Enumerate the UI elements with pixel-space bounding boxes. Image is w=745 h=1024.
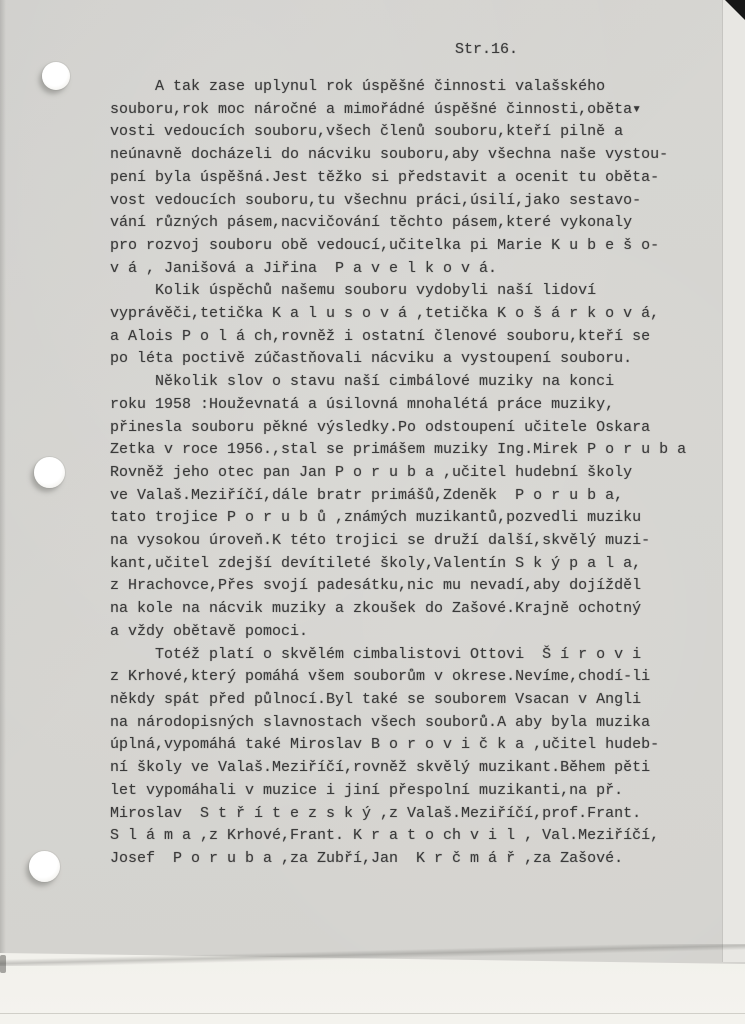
text-line: Kolik úspěchů našemu souboru vydobyli na… (110, 280, 710, 303)
backing-paper-crease (0, 1013, 745, 1014)
punch-hole-bottom (29, 851, 60, 882)
text-line: Totéž platí o skvělém cimbalistovi Ottov… (110, 644, 710, 667)
text-line: pení byla úspěšná.Jest těžko si představ… (110, 167, 710, 190)
text-line: kant,učitel zdejší devítileté školy,Vale… (110, 553, 710, 576)
text-line: tato trojice P o r u b ů ,známých muzika… (110, 507, 710, 530)
text-line: Miroslav S t ř í t e z s k ý ,z Valaš.Me… (110, 803, 710, 826)
text-line: pro rozvoj souboru obě vedoucí,učitelka … (110, 235, 710, 258)
text-line: z Krhové,který pomáhá všem souborům v ok… (110, 666, 710, 689)
text-line: ní školy ve Valaš.Meziříčí,rovněž skvělý… (110, 757, 710, 780)
typed-text: A tak zase uplynul rok úspěšné činnosti … (110, 76, 710, 871)
punch-hole-top (42, 62, 70, 90)
text-line: na vysokou úroveň.K této trojici se druž… (110, 530, 710, 553)
text-line: S l á m a ,z Krhové,Frant. K r a t o ch … (110, 825, 710, 848)
text-line: Zetka v roce 1956.,stal se primášem muzi… (110, 439, 710, 462)
scanned-page: Str.16. A tak zase uplynul rok úspěšné č… (0, 0, 745, 1024)
paper-right-edge (722, 0, 745, 962)
punch-hole-middle (34, 457, 65, 488)
text-line: v á , Janišová a Jiřina P a v e l k o v … (110, 258, 710, 281)
text-line: na národopisných slavnostach všech soubo… (110, 712, 710, 735)
text-line: vyprávěči,tetička K a l u s o v á ,tetič… (110, 303, 710, 326)
text-line: A tak zase uplynul rok úspěšné činnosti … (110, 76, 710, 99)
text-line: souboru,rok moc náročné a mimořádné úspě… (110, 99, 710, 122)
text-line: někdy spát před půlnocí.Byl také se soub… (110, 689, 710, 712)
text-line: vání různých pásem,nacvičování těchto pá… (110, 212, 710, 235)
text-line: roku 1958 :Houževnatá a úsilovná mnohalé… (110, 394, 710, 417)
page-number: Str.16. (455, 41, 518, 58)
text-line: vosti vedoucích souboru,všech členů soub… (110, 121, 710, 144)
left-edge-shade (0, 0, 6, 960)
text-line: ve Valaš.Meziříčí,dále bratr primášů,Zde… (110, 485, 710, 508)
text-line: z Hrachovce,Přes svojí padesátku,nic mu … (110, 575, 710, 598)
text-line: přinesla souboru pěkné výsledky.Po odsto… (110, 417, 710, 440)
text-line: po léta poctivě zúčastňovali nácviku a v… (110, 348, 710, 371)
text-line: vost vedoucích souboru,tu všechnu práci,… (110, 190, 710, 213)
text-line: úplná,vypomáhá také Miroslav B o r o v i… (110, 734, 710, 757)
text-line: na kole na nácvik muziky a zkoušek do Za… (110, 598, 710, 621)
text-line: Josef P o r u b a ,za Zubří,Jan K r č m … (110, 848, 710, 871)
edge-speck (0, 955, 6, 973)
text-line: let vypomáhali v muzice i jiní přespolní… (110, 780, 710, 803)
text-line: Několik slov o stavu naší cimbálové muzi… (110, 371, 710, 394)
text-line: a Alois P o l á ch,rovněž i ostatní člen… (110, 326, 710, 349)
text-line: Rovněž jeho otec pan Jan P o r u b a ,uč… (110, 462, 710, 485)
text-line: a vždy obětavě pomoci. (110, 621, 710, 644)
text-line: neúnavně docházeli do nácviku souboru,ab… (110, 144, 710, 167)
